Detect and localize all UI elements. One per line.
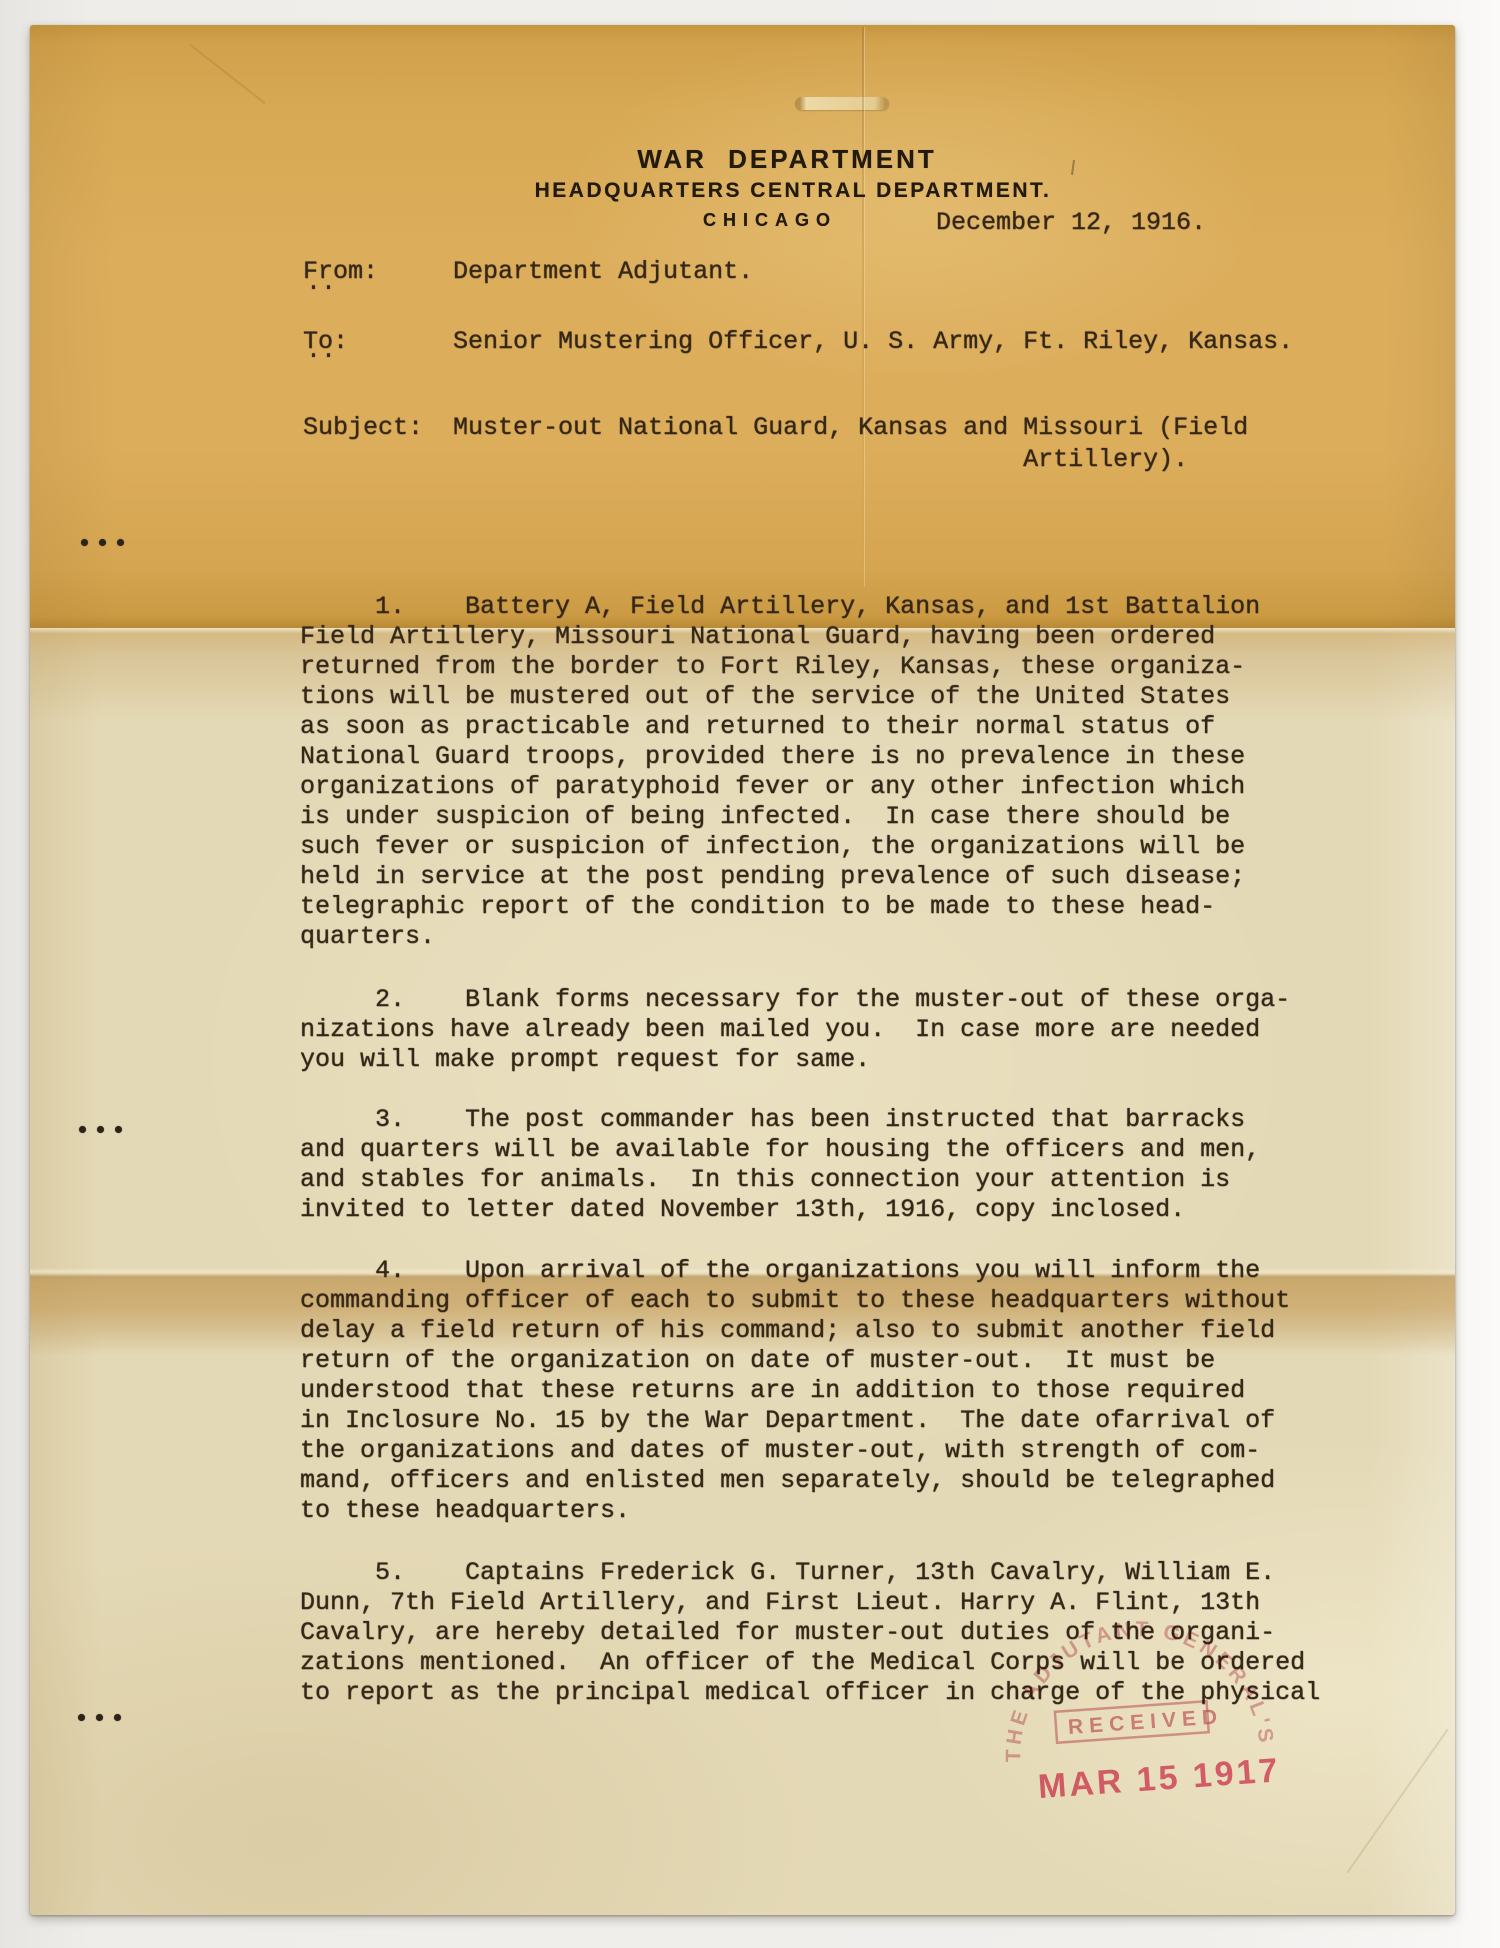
paragraph-1: 1. Battery A, Field Artillery, Kansas, a… (300, 592, 1260, 952)
letterhead-city: CHICAGO (703, 210, 837, 231)
to-underline-dots: .. (306, 336, 336, 365)
scanned-letter-page: WAR DEPARTMENT HEADQUARTERS CENTRAL DEPA… (0, 0, 1500, 1948)
letterhead-org: WAR DEPARTMENT (637, 144, 937, 175)
paragraph-3: 3. The post commander has been instructe… (300, 1105, 1260, 1225)
margin-punch-marks-2 (79, 1126, 122, 1133)
bottom-right-crease (1346, 1729, 1448, 1873)
stamp-date: MAR 15 1917 (1037, 1751, 1282, 1806)
from-underline-dots: .. (306, 268, 336, 297)
to-line: To: Senior Mustering Officer, U. S. Army… (303, 327, 1293, 357)
letter-date: December 12, 1916. (936, 208, 1206, 238)
from-line: From: Department Adjutant. (303, 257, 753, 287)
received-stamp: THE ADJUTANT GENERAL'S OFFICE RECEIVED M… (957, 1576, 1323, 1929)
margin-punch-marks-3 (78, 1714, 121, 1721)
margin-punch-marks-1 (81, 539, 124, 546)
vertical-crease (862, 27, 864, 587)
paragraph-2: 2. Blank forms necessary for the muster-… (300, 985, 1290, 1075)
paragraph-4: 4. Upon arrival of the organizations you… (300, 1256, 1290, 1526)
letterhead-division: HEADQUARTERS CENTRAL DEPARTMENT. (535, 179, 1052, 203)
subject-line-1: Subject: Muster-out National Guard, Kans… (303, 413, 1248, 443)
staple-tear-mark (795, 97, 889, 110)
subject-line-2: Artillery). (303, 445, 1188, 475)
